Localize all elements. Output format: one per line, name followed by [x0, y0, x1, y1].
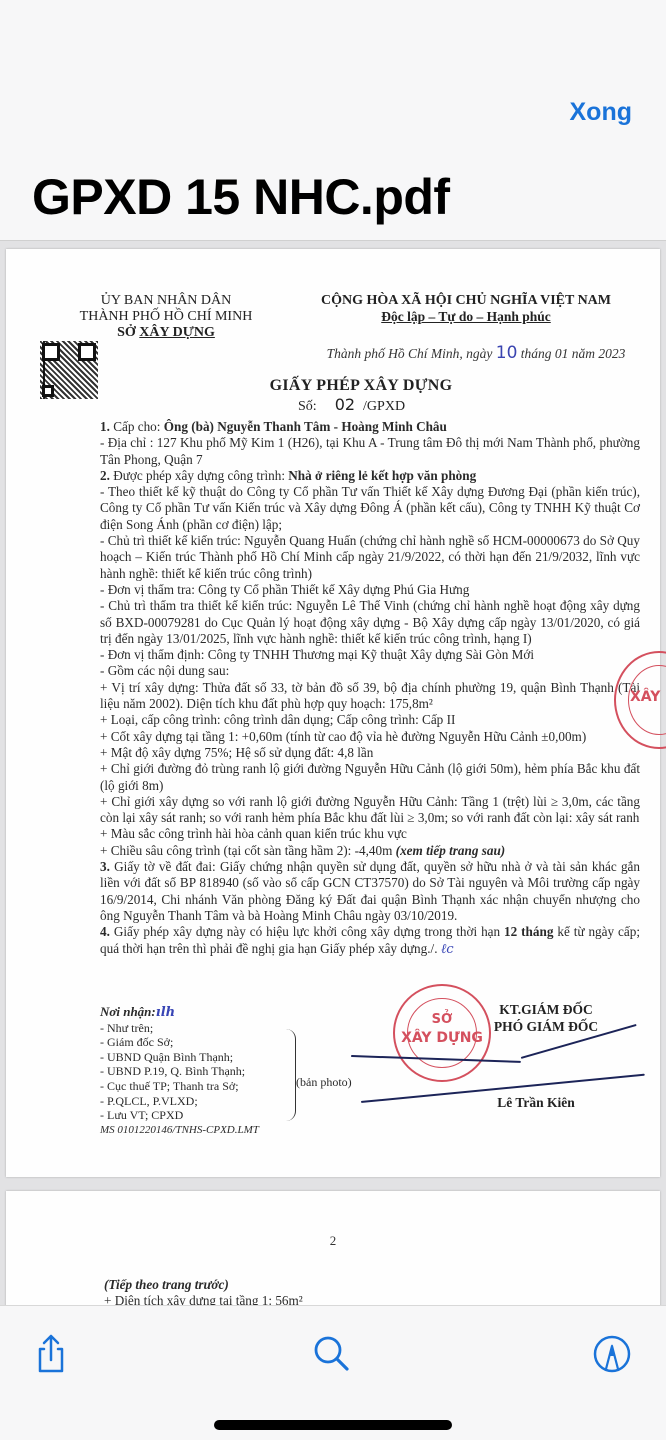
bottom-toolbar	[0, 1305, 666, 1440]
permit-title: GIẤY PHÉP XÂY DỰNG	[196, 377, 526, 395]
national-title: CỘNG HÒA XÃ HỘI CHỦ NGHĨA VIỆT NAM	[296, 293, 636, 309]
search-button[interactable]	[310, 1332, 354, 1376]
national-header: CỘNG HÒA XÃ HỘI CHỦ NGHĨA VIỆT NAM Độc l…	[296, 293, 636, 325]
home-indicator	[214, 1420, 452, 1430]
document-title: GPXD 15 NHC.pdf	[32, 168, 450, 226]
detail-line: + Loại, cấp công trình: công trình dân d…	[100, 712, 640, 728]
markup-icon	[590, 1332, 634, 1376]
detail-line: - Chủ trì thẩm tra thiết kế kiến trúc: N…	[100, 598, 640, 647]
page-2-text: (Tiếp theo trang trước) + Diện tích xây …	[104, 1277, 644, 1305]
document-code: MS 0101220146/TNHS-CPXD.LMT	[100, 1123, 320, 1138]
photo-note: (bản photo)	[296, 1075, 352, 1090]
detail-line: + Cốt xây dựng tại tầng 1: +0,60m (tính …	[100, 729, 640, 745]
section-2-details: - Theo thiết kế kỹ thuật do Công ty Cổ p…	[100, 484, 640, 843]
section-2: 2. Được phép xây dựng công trình: Nhà ở …	[100, 468, 640, 484]
section-1: 1. Cấp cho: Ông (bà) Nguyễn Thanh Tâm - …	[100, 419, 640, 435]
section-4: 4. Giấy phép xây dựng này có hiệu lực kh…	[100, 924, 640, 958]
recipients-title: Nơi nhận:ılh	[100, 1005, 320, 1021]
detail-line: + Vị trí xây dựng: Thửa đất số 33, tờ bả…	[100, 680, 640, 713]
page-number: 2	[6, 1233, 660, 1249]
brace-bracket	[284, 1029, 296, 1121]
detail-line: + Chỉ giới xây dựng so với ranh lộ giới …	[100, 794, 640, 827]
markup-button[interactable]	[590, 1332, 634, 1376]
section-2-depth: + Chiều sâu công trình (tại cốt sàn tầng…	[100, 843, 640, 859]
detail-line: - Theo thiết kế kỹ thuật do Công ty Cổ p…	[100, 484, 640, 533]
detail-line: - Đơn vị thẩm định: Công ty TNHH Thương …	[100, 647, 640, 663]
qr-code	[40, 341, 98, 399]
detail-line: + Chỉ giới đường đỏ trùng ranh lộ giới đ…	[100, 761, 640, 794]
handwritten-day: 10	[496, 343, 518, 363]
pdf-page-2: 2 (Tiếp theo trang trước) + Diện tích xâ…	[6, 1191, 660, 1305]
pdf-page-1: ỦY BAN NHÂN DÂN THÀNH PHỐ HỒ CHÍ MINH SỞ…	[6, 249, 660, 1177]
official-stamp: SỞ XÂY DỰNG	[393, 984, 491, 1082]
status-bar	[0, 0, 666, 80]
detail-line: + Diện tích xây dựng tại tầng 1: 56m²	[104, 1293, 644, 1305]
detail-line: - Đơn vị thẩm tra: Công ty Cổ phần Thiết…	[100, 582, 640, 598]
pdf-viewer[interactable]: ỦY BAN NHÂN DÂN THÀNH PHỐ HỒ CHÍ MINH SỞ…	[0, 240, 666, 1305]
navigation-bar: Xong GPXD 15 NHC.pdf	[0, 80, 666, 240]
detail-line: + Màu sắc công trình hài hòa cảnh quan k…	[100, 826, 640, 842]
issuer-line-2: THÀNH PHỐ HỒ CHÍ MINH	[66, 309, 266, 325]
national-motto: Độc lập – Tự do – Hạnh phúc	[296, 309, 636, 325]
section-3: 3. Giấy tờ về đất đai: Giấy chứng nhận q…	[100, 859, 640, 924]
issuer-line-1: ỦY BAN NHÂN DÂN	[66, 293, 266, 309]
signer-name: Lê Trần Kiên	[466, 1095, 606, 1111]
done-button[interactable]: Xong	[570, 98, 633, 127]
permit-number: Số:02/GPXD	[298, 395, 405, 415]
detail-line: + Mật độ xây dựng 75%; Hệ số sử dụng đất…	[100, 745, 640, 761]
permit-body: 1. Cấp cho: Ông (bà) Nguyễn Thanh Tâm - …	[100, 419, 640, 958]
search-icon	[310, 1332, 354, 1376]
issue-date: Thành phố Hồ Chí Minh, ngày 10 tháng 01 …	[306, 343, 646, 363]
detail-line: - Gồm các nội dung sau:	[100, 663, 640, 679]
share-button[interactable]	[29, 1332, 73, 1376]
handwritten-initial: ℓc	[441, 942, 454, 957]
issuer-department: SỞ XÂY DỰNG	[66, 325, 266, 341]
detail-line: - Chủ trì thiết kế kiến trúc: Nguyễn Qua…	[100, 533, 640, 582]
section-1-address: - Địa chỉ : 127 Khu phố Mỹ Kim 1 (H26), …	[100, 435, 640, 468]
share-icon	[29, 1332, 73, 1376]
issuer-header: ỦY BAN NHÂN DÂN THÀNH PHỐ HỒ CHÍ MINH SỞ…	[66, 293, 266, 341]
